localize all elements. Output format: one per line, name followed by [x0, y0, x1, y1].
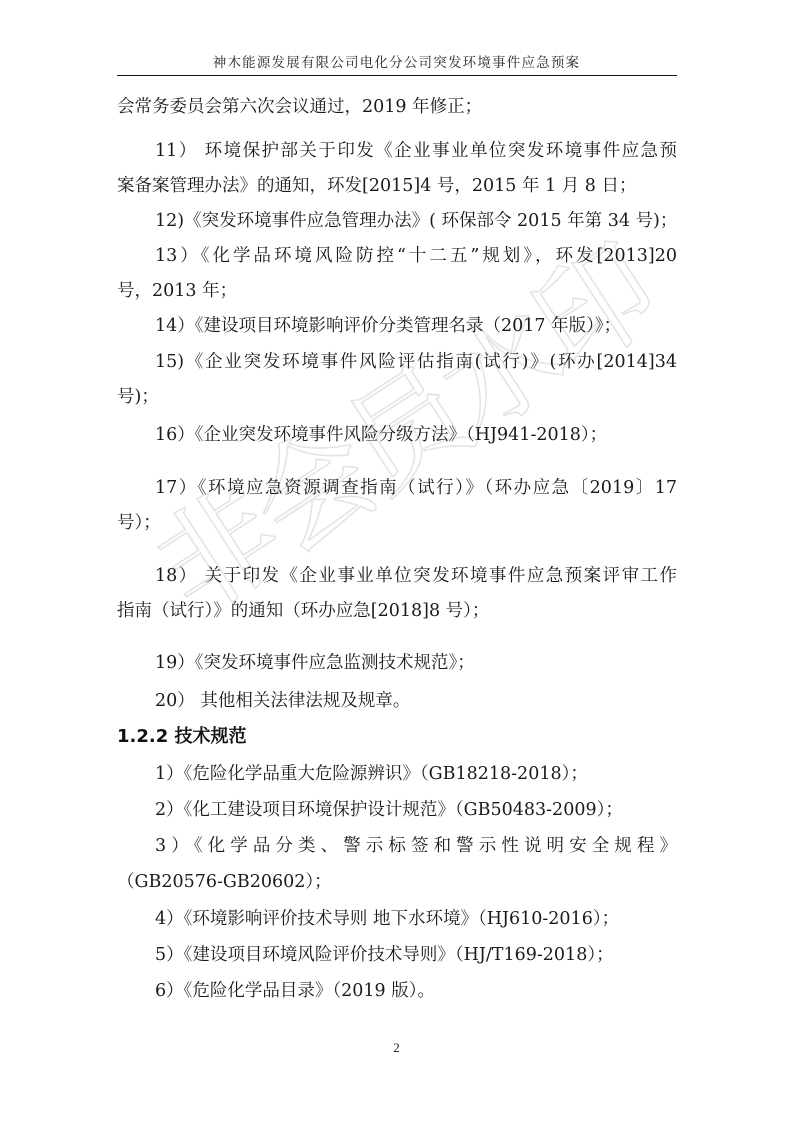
tech-standard-2: 2）《化工建设项目环境保护设计规范》（GB50483-2009）； [155, 798, 677, 822]
regulation-15-line-2: 号)； [117, 385, 677, 409]
page-number: 2 [0, 1040, 793, 1056]
regulation-13-line-1: 13）《化学品环境风险防控“十二五”规划》，环发[2013]20 [155, 244, 677, 268]
regulation-11-line-1: 11） 环境保护部关于印发《企业事业单位突发环境事件应急预 [155, 139, 677, 163]
regulation-17-line-2: 号）； [117, 511, 677, 535]
regulation-12-line-1: 12)《突发环境事件应急管理办法》( 环保部令 2015 年第 34 号)； [155, 209, 677, 233]
regulation-14-line-1: 14）《建设项目环境影响评价分类管理名录（2017 年版）》； [155, 314, 677, 338]
regulation-13-line-2: 号，2013 年； [117, 279, 677, 303]
regulation-11-line-2: 案备案管理办法》的通知，环发[2015]4 号，2015 年 1 月 8 日； [117, 174, 677, 198]
regulation-15-line-1: 15)《企业突发环境事件风险评估指南(试行)》(环办[2014]34 [155, 350, 677, 374]
tech-standard-3-line-1: 3）《化学品分类、警示标签和警示性说明安全规程》 [155, 834, 677, 858]
regulation-18-line-1: 18） 关于印发《企业事业单位突发环境事件应急预案评审工作 [155, 564, 677, 588]
continuation-line: 会常务委员会第六次会议通过，2019 年修正； [117, 95, 677, 119]
tech-standard-4: 4）《环境影响评价技术导则 地下水环境》（HJ610-2016）； [155, 907, 677, 931]
section-heading: 1.2.2 技术规范 [117, 725, 247, 749]
header-divider [117, 75, 677, 76]
regulation-20-line-1: 20） 其他相关法律法规及规章。 [155, 689, 677, 713]
regulation-16-line-1: 16）《企业突发环境事件风险分级方法》（HJ941-2018）； [155, 423, 677, 447]
tech-standard-5: 5）《建设项目环境风险评价技术导则》（HJ/T169-2018）； [155, 943, 677, 967]
regulation-19-line-1: 19）《突发环境事件应急监测技术规范》； [155, 651, 677, 675]
tech-standard-1: 1）《危险化学品重大危险源辨识》（GB18218-2018）； [155, 762, 677, 786]
document-page: 非会员水印 神木能源发展有限公司电化分公司突发环境事件应急预案 会常务委员会第六… [0, 0, 793, 1122]
running-header: 神木能源发展有限公司电化分公司突发环境事件应急预案 [117, 54, 676, 72]
tech-standard-6: 6）《危险化学品目录》（2019 版）。 [155, 979, 677, 1003]
regulation-18-line-2: 指南（试行）》的通知（环办应急[2018]8 号）； [117, 599, 677, 623]
page-content: 神木能源发展有限公司电化分公司突发环境事件应急预案 会常务委员会第六次会议通过，… [0, 0, 793, 1122]
regulation-17-line-1: 17）《环境应急资源调查指南（试行）》（环办应急〔2019〕17 [155, 476, 677, 500]
tech-standard-3-line-2: （GB20576-GB20602）； [117, 870, 677, 894]
